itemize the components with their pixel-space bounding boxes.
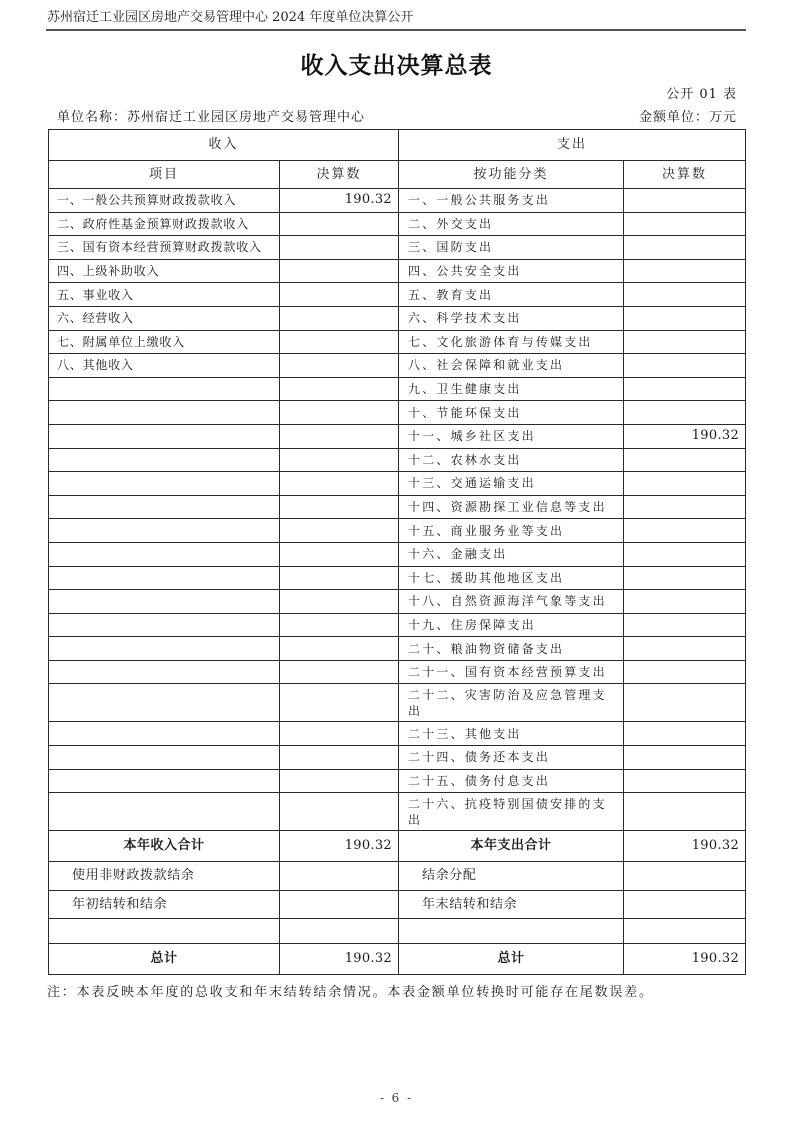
table-row: 十、节能环保支出 [49,401,746,425]
income-value [280,448,399,472]
income-item [49,660,280,684]
expense-item-label: 二十六、抗疫特别国债安排的支出 [408,796,613,828]
expense-item: 十五、商业服务业等支出 [399,519,624,543]
income-value [280,330,399,354]
income-value [280,283,399,307]
table-row: 三、国有资本经营预算财政拨款收入三、国防支出 [49,236,746,260]
expense-total-value: 190.32 [624,831,746,862]
table-row: 二十四、债务还本支出 [49,746,746,770]
expense-item-label: 二十五、债务付息支出 [408,773,613,789]
empty-row [49,919,746,944]
non-fiscal-balance-label: 使用非财政拨款结余 [49,862,280,891]
closing-carryover-value [624,891,746,919]
income-item [49,566,280,590]
table-row: 十八、自然资源海洋气象等支出 [49,590,746,614]
income-item: 八、其他收入 [49,354,280,378]
non-fiscal-balance-value [280,862,399,891]
table-row: 二十三、其他支出 [49,722,746,746]
income-item [49,424,280,448]
table-row: 一、一般公共预算财政拨款收入190.32一、一般公共服务支出 [49,189,746,213]
income-item [49,448,280,472]
table-row: 十一、城乡社区支出190.32 [49,424,746,448]
expense-item: 四、公共安全支出 [399,259,624,283]
income-item: 四、上级补助收入 [49,259,280,283]
expense-item-label: 二十一、国有资本经营预算支出 [408,664,613,680]
expense-item: 十二、农林水支出 [399,448,624,472]
income-value [280,259,399,283]
income-value [280,212,399,236]
income-value [280,354,399,378]
income-item [49,793,280,831]
empty-cell [399,919,624,944]
expense-value [624,401,746,425]
table-row: 十二、农林水支出 [49,448,746,472]
expense-item-label: 一、一般公共服务支出 [408,192,613,208]
carryover-row: 年初结转和结余 年末结转和结余 [49,891,746,919]
income-item: 五、事业收入 [49,283,280,307]
income-item [49,722,280,746]
income-item [49,590,280,614]
expense-value [624,189,746,213]
income-item [49,519,280,543]
table-row: 十七、援助其他地区支出 [49,566,746,590]
balance-row: 使用非财政拨款结余 结余分配 [49,862,746,891]
expense-value [624,472,746,496]
expense-item-label: 十、节能环保支出 [408,405,613,421]
income-item [49,637,280,661]
income-value [280,519,399,543]
expense-value [624,637,746,661]
expense-value [624,448,746,472]
table-row: 七、附属单位上缴收入七、文化旅游体育与传媒支出 [49,330,746,354]
expense-item-label: 十二、农林水支出 [408,452,613,468]
grand-total-income-label: 总计 [49,944,280,975]
expense-item-label: 十四、资源勘探工业信息等支出 [408,499,613,515]
income-value [280,236,399,260]
income-total-value: 190.32 [280,831,399,862]
expense-item: 十七、援助其他地区支出 [399,566,624,590]
income-value [280,306,399,330]
expense-item-label: 七、文化旅游体育与传媒支出 [408,334,613,350]
expense-value [624,769,746,793]
expense-value [624,722,746,746]
expense-value: 190.32 [624,424,746,448]
surplus-distribution-value [624,862,746,891]
page-number: - 6 - [0,1091,793,1105]
surplus-distribution-label: 结余分配 [399,862,624,891]
income-item: 三、国有资本经营预算财政拨款收入 [49,236,280,260]
income-value [280,401,399,425]
grand-total-expense-label: 总计 [399,944,624,975]
expense-item: 八、社会保障和就业支出 [399,354,624,378]
expense-section-header: 支出 [399,130,746,161]
income-item: 一、一般公共预算财政拨款收入 [49,189,280,213]
income-item: 二、政府性基金预算财政拨款收入 [49,212,280,236]
income-value: 190.32 [280,189,399,213]
income-expense-table: 收入 支出 项目 决算数 按功能分类 决算数 一、一般公共预算财政拨款收入190… [48,129,746,975]
column-header-row: 项目 决算数 按功能分类 决算数 [49,161,746,189]
expense-item: 七、文化旅游体育与传媒支出 [399,330,624,354]
expense-item-label: 二、外交支出 [408,216,613,232]
column-header-income-amount: 决算数 [280,161,399,189]
expense-item-label: 二十三、其他支出 [408,726,613,742]
expense-value [624,236,746,260]
expense-item-label: 十五、商业服务业等支出 [408,523,613,539]
annual-total-row: 本年收入合计 190.32 本年支出合计 190.32 [49,831,746,862]
table-row: 十六、金融支出 [49,542,746,566]
income-total-label: 本年收入合计 [49,831,280,862]
expense-value [624,519,746,543]
expense-item-label: 二十四、债务还本支出 [408,749,613,765]
expense-item: 十一、城乡社区支出 [399,424,624,448]
table-row: 二十一、国有资本经营预算支出 [49,660,746,684]
table-row: 九、卫生健康支出 [49,377,746,401]
expense-item-label: 二十、粮油物资储备支出 [408,641,613,657]
table-number: 公开 01 表 [666,86,737,104]
empty-cell [49,919,280,944]
income-item [49,769,280,793]
income-value [280,660,399,684]
expense-item: 六、科学技术支出 [399,306,624,330]
expense-value [624,542,746,566]
expense-value [624,613,746,637]
income-value [280,769,399,793]
income-item [49,613,280,637]
expense-value [624,283,746,307]
table-row: 二十六、抗疫特别国债安排的支出 [49,793,746,831]
income-section-header: 收入 [49,130,399,161]
empty-cell [624,919,746,944]
income-value [280,613,399,637]
expense-value [624,259,746,283]
grand-total-income-value: 190.32 [280,944,399,975]
expense-item-label: 五、教育支出 [408,287,613,303]
income-value [280,684,399,722]
header-divider [46,29,746,31]
expense-item-label: 六、科学技术支出 [408,310,613,326]
table-row: 二十二、灾害防治及应急管理支出 [49,684,746,722]
expense-item-label: 十三、交通运输支出 [408,475,613,491]
income-value [280,746,399,770]
expense-value [624,684,746,722]
income-item: 七、附属单位上缴收入 [49,330,280,354]
expense-item: 二十二、灾害防治及应急管理支出 [399,684,624,722]
expense-item-label: 四、公共安全支出 [408,263,613,279]
income-value [280,566,399,590]
expense-item: 二十五、债务付息支出 [399,769,624,793]
expense-item: 五、教育支出 [399,283,624,307]
expense-value [624,212,746,236]
expense-item-label: 二十二、灾害防治及应急管理支出 [408,687,613,719]
expense-item: 二十三、其他支出 [399,722,624,746]
expense-value [624,377,746,401]
expense-value [624,566,746,590]
table-row: 二十、粮油物资储备支出 [49,637,746,661]
opening-carryover-value [280,891,399,919]
expense-item: 十六、金融支出 [399,542,624,566]
expense-item: 二十、粮油物资储备支出 [399,637,624,661]
table-row: 八、其他收入八、社会保障和就业支出 [49,354,746,378]
expense-item-label: 十一、城乡社区支出 [408,428,613,444]
table-note: 注：本表反映本年度的总收支和年末结转结余情况。本表金额单位转换时可能存在尾数误差… [47,984,654,1002]
expense-item-label: 八、社会保障和就业支出 [408,357,613,373]
column-header-item: 项目 [49,161,280,189]
table-row: 十四、资源勘探工业信息等支出 [49,495,746,519]
column-header-function-class: 按功能分类 [399,161,624,189]
grand-total-row: 总计 190.32 总计 190.32 [49,944,746,975]
unit-name: 单位名称：苏州宿迁工业园区房地产交易管理中心 [57,109,365,127]
closing-carryover-label: 年末结转和结余 [399,891,624,919]
income-item [49,401,280,425]
income-item [49,542,280,566]
expense-item-label: 九、卫生健康支出 [408,381,613,397]
income-value [280,377,399,401]
table-row: 十五、商业服务业等支出 [49,519,746,543]
income-item: 六、经营收入 [49,306,280,330]
expense-item: 九、卫生健康支出 [399,377,624,401]
expense-item-label: 十九、住房保障支出 [408,617,613,633]
page-title: 收入支出决算总表 [0,51,793,81]
expense-item: 三、国防支出 [399,236,624,260]
grand-total-expense-value: 190.32 [624,944,746,975]
expense-item: 一、一般公共服务支出 [399,189,624,213]
expense-value [624,495,746,519]
expense-value [624,793,746,831]
income-item [49,495,280,519]
income-value [280,793,399,831]
expense-item: 十八、自然资源海洋气象等支出 [399,590,624,614]
table-row: 二十五、债务付息支出 [49,769,746,793]
income-value [280,495,399,519]
expense-value [624,306,746,330]
opening-carryover-label: 年初结转和结余 [49,891,280,919]
income-item [49,377,280,401]
income-item [49,746,280,770]
table-row: 五、事业收入五、教育支出 [49,283,746,307]
expense-item: 十三、交通运输支出 [399,472,624,496]
expense-item: 十、节能环保支出 [399,401,624,425]
expense-item: 十九、住房保障支出 [399,613,624,637]
running-header-title: 苏州宿迁工业园区房地产交易管理中心 2024 年度单位决算公开 [47,9,413,27]
income-value [280,472,399,496]
table-row: 十三、交通运输支出 [49,472,746,496]
income-value [280,637,399,661]
expense-value [624,330,746,354]
table-row: 四、上级补助收入四、公共安全支出 [49,259,746,283]
section-header-row: 收入 支出 [49,130,746,161]
income-value [280,542,399,566]
expense-value [624,660,746,684]
expense-value [624,746,746,770]
expense-item-label: 十八、自然资源海洋气象等支出 [408,593,613,609]
income-item [49,684,280,722]
income-item [49,472,280,496]
expense-item: 十四、资源勘探工业信息等支出 [399,495,624,519]
expense-item: 二十六、抗疫特别国债安排的支出 [399,793,624,831]
table-row: 二、政府性基金预算财政拨款收入二、外交支出 [49,212,746,236]
expense-value [624,590,746,614]
expense-total-label: 本年支出合计 [399,831,624,862]
column-header-expense-amount: 决算数 [624,161,746,189]
expense-item: 二十四、债务还本支出 [399,746,624,770]
expense-item: 二、外交支出 [399,212,624,236]
amount-unit: 金额单位：万元 [639,109,737,127]
expense-item-label: 三、国防支出 [408,239,613,255]
income-value [280,424,399,448]
table-row: 六、经营收入六、科学技术支出 [49,306,746,330]
expense-item-label: 十七、援助其他地区支出 [408,570,613,586]
income-value [280,590,399,614]
expense-item: 二十一、国有资本经营预算支出 [399,660,624,684]
expense-item-label: 十六、金融支出 [408,546,613,562]
expense-value [624,354,746,378]
empty-cell [280,919,399,944]
income-value [280,722,399,746]
table-row: 十九、住房保障支出 [49,613,746,637]
